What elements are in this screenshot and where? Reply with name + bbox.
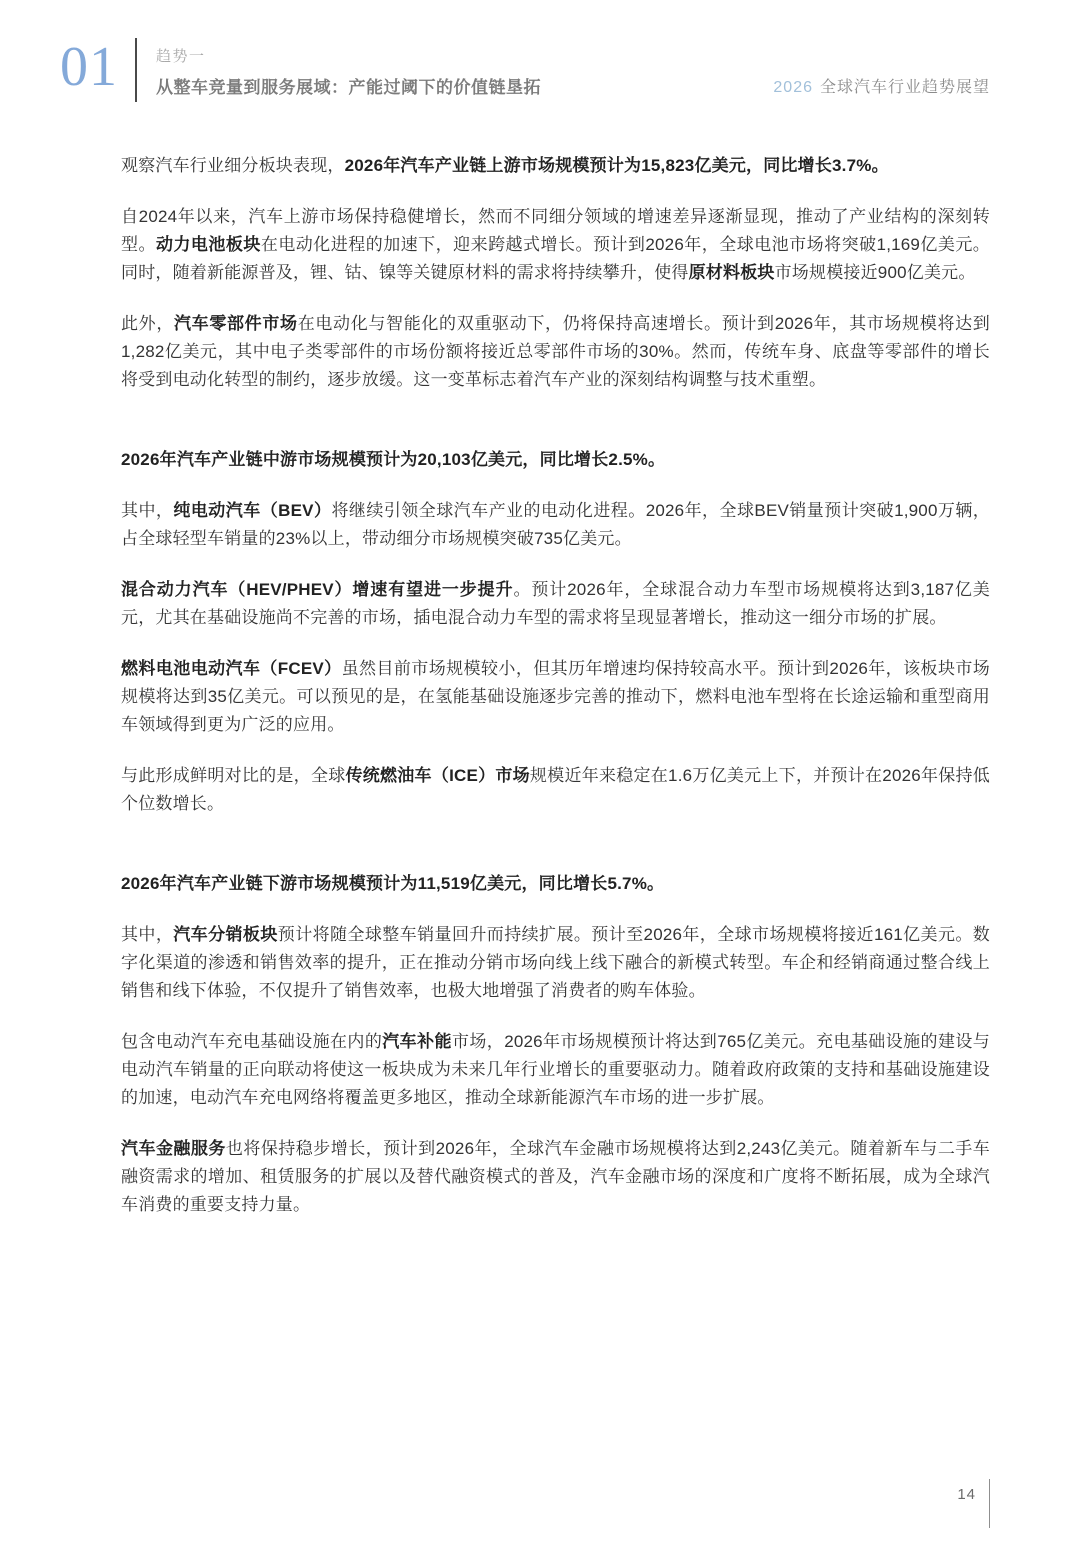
text-run: 包含电动汽车充电基础设施在内的	[121, 1032, 382, 1051]
report-title-text: 全球汽车行业趋势展望	[820, 79, 990, 96]
paragraph: 观察汽车行业细分板块表现，2026年汽车产业链上游市场规模预计为15,823亿美…	[121, 152, 990, 180]
chapter-title: 从整车竞量到服务展域：产能过阈下的价值链垦拓	[156, 73, 541, 98]
emphasis-text: 2026年汽车产业链下游市场规模预计为11,519亿美元，同比增长5.7%。	[121, 874, 664, 893]
chapter-number: 01	[60, 36, 118, 102]
text-run: 其中，	[121, 501, 173, 520]
paragraph: 自2024年以来，汽车上游市场保持稳健增长，然而不同细分领域的增速差异逐渐显现，…	[121, 203, 990, 287]
emphasis-text: 动力电池板块	[156, 235, 261, 254]
section-heading: 2026年汽车产业链下游市场规模预计为11,519亿美元，同比增长5.7%。	[121, 870, 990, 898]
header-divider	[135, 38, 137, 102]
paragraph: 汽车金融服务也将保持稳步增长，预计到2026年，全球汽车金融市场规模将达到2,2…	[121, 1135, 990, 1219]
emphasis-text: 汽车金融服务	[121, 1139, 226, 1158]
paragraph: 混合动力汽车（HEV/PHEV）增速有望进一步提升。预计2026年，全球混合动力…	[121, 576, 990, 632]
emphasis-text: 汽车零部件市场	[174, 314, 298, 333]
emphasis-text: 2026年汽车产业链中游市场规模预计为20,103亿美元，同比增长2.5%。	[121, 450, 665, 469]
paragraph: 燃料电池电动汽车（FCEV）虽然目前市场规模较小，但其历年增速均保持较高水平。预…	[121, 655, 990, 739]
footer-rule	[989, 1479, 990, 1528]
text-run: 市场规模接近900亿美元。	[775, 263, 976, 282]
body-content: 观察汽车行业细分板块表现，2026年汽车产业链上游市场规模预计为15,823亿美…	[121, 152, 990, 1242]
emphasis-text: 2026年汽车产业链上游市场规模预计为15,823亿美元，同比增长3.7%。	[345, 156, 889, 175]
chapter-eyebrow: 趋势一	[156, 45, 541, 66]
text-run: 此外，	[121, 314, 174, 333]
paragraph: 此外，汽车零部件市场在电动化与智能化的双重驱动下，仍将保持高速增长。预计到202…	[121, 310, 990, 394]
report-title: 2026全球汽车行业趋势展望	[773, 36, 990, 97]
paragraph: 其中，纯电动汽车（BEV）将继续引领全球汽车产业的电动化进程。2026年，全球B…	[121, 497, 990, 553]
text-run: 观察汽车行业细分板块表现，	[121, 156, 345, 175]
document-page: 01 趋势一 从整车竞量到服务展域：产能过阈下的价值链垦拓 2026全球汽车行业…	[0, 0, 1080, 1545]
report-title-year: 2026	[773, 79, 813, 96]
text-run: 也将保持稳步增长，预计到2026年，全球汽车金融市场规模将达到2,243亿美元。…	[121, 1139, 990, 1214]
paragraph: 其中，汽车分销板块预计将随全球整车销量回升而持续扩展。预计至2026年，全球市场…	[121, 921, 990, 1005]
emphasis-text: 纯电动汽车（BEV）	[173, 501, 331, 520]
emphasis-text: 汽车分销板块	[173, 925, 278, 944]
page-footer: 14	[957, 1479, 990, 1528]
text-run: 其中，	[121, 925, 173, 944]
section-heading: 2026年汽车产业链中游市场规模预计为20,103亿美元，同比增长2.5%。	[121, 446, 990, 474]
emphasis-text: 燃料电池电动汽车（FCEV）	[121, 659, 342, 678]
text-run: 与此形成鲜明对比的是，全球	[121, 766, 345, 785]
emphasis-text: 传统燃油车（ICE）市场	[345, 766, 529, 785]
page-header: 01 趋势一 从整车竞量到服务展域：产能过阈下的价值链垦拓 2026全球汽车行业…	[60, 36, 990, 102]
emphasis-text: 原材料板块	[689, 263, 775, 282]
emphasis-text: 混合动力汽车（HEV/PHEV）增速有望进一步提升	[121, 580, 513, 599]
paragraph: 与此形成鲜明对比的是，全球传统燃油车（ICE）市场规模近年来稳定在1.6万亿美元…	[121, 762, 990, 818]
page-number: 14	[957, 1479, 976, 1503]
chapter-titles: 趋势一 从整车竞量到服务展域：产能过阈下的价值链垦拓	[156, 36, 541, 102]
emphasis-text: 汽车补能	[382, 1032, 452, 1051]
chapter-header: 01 趋势一 从整车竞量到服务展域：产能过阈下的价值链垦拓	[60, 36, 541, 102]
paragraph: 包含电动汽车充电基础设施在内的汽车补能市场，2026年市场规模预计将达到765亿…	[121, 1028, 990, 1112]
